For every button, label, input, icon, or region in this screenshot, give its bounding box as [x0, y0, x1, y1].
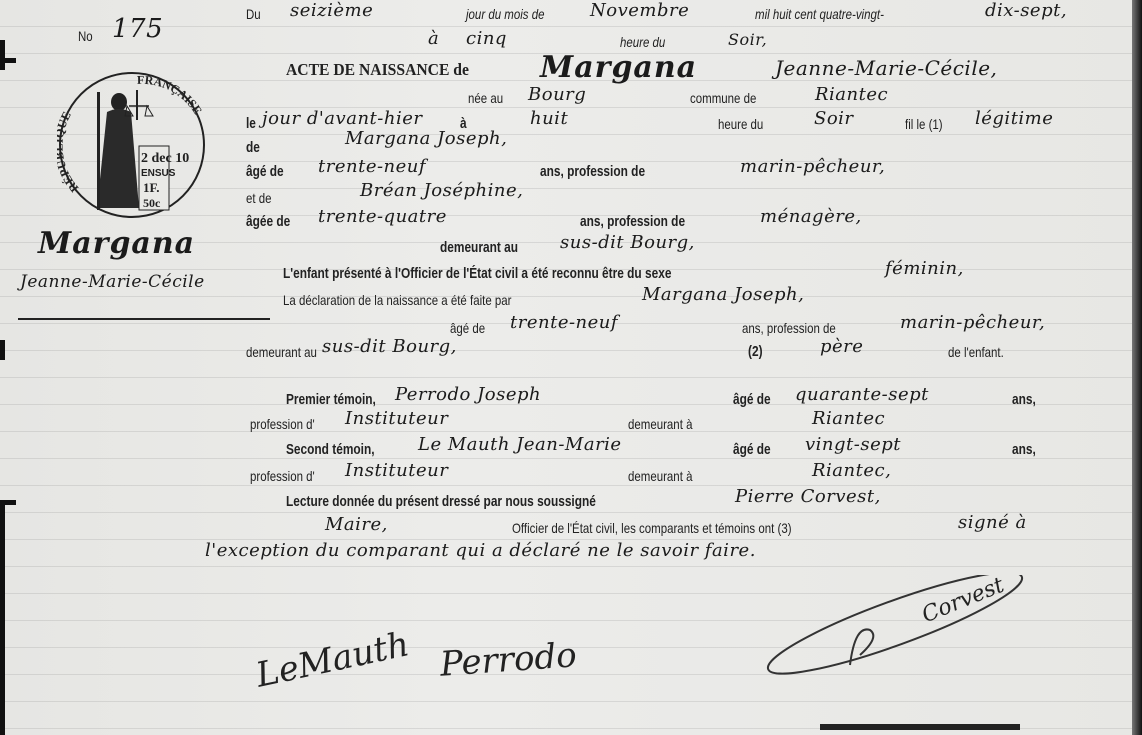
- signature-perrodo: Perrodo: [439, 635, 578, 684]
- text-age-de3: âgé de: [733, 392, 771, 408]
- text-profession-d: profession d': [250, 416, 315, 432]
- text-heure-du: heure du: [620, 34, 665, 50]
- text-year-printed: mil huit cent quatre-vingt-: [755, 6, 884, 22]
- residence-hand: sus-dit Bourg,: [560, 232, 695, 253]
- text-jour-du-mois: jour du mois de: [466, 6, 544, 22]
- seal-tax-line2: ENSUS: [141, 168, 176, 179]
- father-name: Margana Joseph,: [345, 128, 507, 149]
- mother-age: trente-quatre: [318, 206, 447, 227]
- witness1-name: Perrodo Joseph: [395, 384, 541, 405]
- text-ans2: ans,: [1012, 442, 1036, 458]
- binding-mark: [0, 58, 16, 63]
- text-profession3: ans, profession de: [742, 320, 836, 336]
- mother-profession: ménagère,: [760, 206, 862, 227]
- month-hand: Novembre: [590, 0, 689, 21]
- child-surname: Margana: [540, 50, 697, 85]
- text-du: Du: [246, 6, 261, 22]
- declarant-age: trente-neuf: [510, 312, 618, 333]
- fiscal-stamp-seal-icon: RÉPUBLIQUE FRANÇAISE 2 dec 10 ENSUS 1F. …: [57, 70, 207, 220]
- text-demeurant2: demeurant au: [246, 344, 317, 360]
- commune-hand: Riantec: [815, 84, 888, 105]
- officer-name: Pierre Corvest,: [735, 486, 881, 507]
- signed-hand: signé à: [958, 512, 1027, 533]
- text-declaration: La déclaration de la naissance a été fai…: [283, 292, 511, 308]
- text-agee-de: âgée de: [246, 214, 290, 230]
- text-heure-du2: heure du: [718, 116, 763, 132]
- svg-text:FRANÇAISE: FRANÇAISE: [137, 73, 205, 117]
- period-hand: Soir,: [728, 30, 767, 49]
- binding-mark: [0, 500, 16, 505]
- birth-place: Bourg: [528, 84, 586, 105]
- text-lecture: Lecture donnée du présent dressé par nou…: [286, 494, 596, 510]
- witness2-age: vingt-sept: [805, 434, 901, 455]
- text-officier-sentence: Officier de l'État civil, les comparants…: [512, 520, 792, 536]
- binding-mark: [0, 500, 5, 735]
- text-profession2: ans, profession de: [580, 214, 685, 230]
- binding-mark: [0, 40, 5, 70]
- seal-text-right: FRANÇAISE: [137, 73, 205, 117]
- text-ans: ans,: [1012, 392, 1036, 408]
- witness1-profession: Instituteur: [345, 408, 448, 429]
- seal-tax-line1: 2 dec 10: [141, 151, 189, 166]
- hour-hand: cinq: [466, 28, 507, 49]
- day-hand: seizième: [290, 0, 373, 21]
- bottom-rule: [820, 724, 1020, 730]
- margin-surname: Margana: [38, 226, 195, 261]
- text-profession-d2: profession d': [250, 468, 315, 484]
- text-age-de4: âgé de: [733, 442, 771, 458]
- year-hand: dix-sept,: [985, 0, 1067, 21]
- text-demeurant-a: demeurant à: [628, 416, 692, 432]
- page-edge-shadow: [1132, 0, 1142, 735]
- text-a: à: [428, 28, 439, 49]
- binding-mark: [0, 340, 5, 360]
- declarant-name: Margana Joseph,: [642, 284, 804, 305]
- svg-text:RÉPUBLIQUE: RÉPUBLIQUE: [57, 109, 81, 195]
- declarant-residence: sus-dit Bourg,: [322, 336, 457, 357]
- birth-day-hand: jour d'avant-hier: [262, 108, 422, 129]
- mother-name: Bréan Joséphine,: [360, 180, 523, 201]
- text-age-de: âgé de: [246, 164, 284, 180]
- signature-lemauth: LeMauth: [253, 624, 413, 695]
- text-de-lenfant: de l'enfant.: [948, 344, 1004, 360]
- father-profession: marin-pêcheur,: [740, 156, 885, 177]
- text-age-de2: âgé de: [450, 320, 485, 336]
- margin-underline: [18, 318, 270, 320]
- witness2-profession: Instituteur: [345, 460, 448, 481]
- birth-period-hand: Soir: [814, 108, 854, 129]
- officer-title: Maire,: [325, 514, 388, 535]
- seal-text-left: RÉPUBLIQUE: [57, 109, 81, 195]
- legitimacy-hand: légitime: [975, 108, 1053, 129]
- seal-tax-line4: 50c: [143, 196, 161, 210]
- text-fils: fil le (1): [905, 116, 943, 132]
- exception-line: l'exception du comparant qui a déclaré n…: [205, 540, 756, 561]
- register-page: No 175 RÉPUBLIQUE FRANÇAISE 2 dec 10 ENS…: [0, 0, 1142, 735]
- text-sex-sentence: L'enfant présenté à l'Officier de l'État…: [283, 266, 671, 282]
- child-given-names: Jeanne-Marie-Cécile,: [775, 56, 997, 80]
- declarant-profession: marin-pêcheur,: [900, 312, 1045, 333]
- birth-hour-hand: huit: [530, 108, 568, 129]
- act-title: ACTE DE NAISSANCE de: [286, 60, 469, 80]
- text-demeurant-a2: demeurant à: [628, 468, 692, 484]
- text-demeurant: demeurant au: [440, 240, 518, 256]
- relation-hand: père: [820, 336, 863, 357]
- number-label: No: [78, 28, 93, 44]
- text-profession: ans, profession de: [540, 164, 645, 180]
- text-commune-de: commune de: [690, 90, 756, 106]
- text-nee-au: née au: [468, 90, 503, 106]
- text-note-2: (2): [748, 344, 763, 360]
- witness2-residence: Riantec,: [812, 460, 891, 481]
- text-le: le: [246, 116, 256, 132]
- text-et-de: et de: [246, 190, 272, 206]
- margin-given-names: Jeanne-Marie-Cécile: [20, 272, 205, 292]
- witness1-residence: Riantec: [812, 408, 885, 429]
- father-age: trente-neuf: [318, 156, 426, 177]
- sex-hand: féminin,: [885, 258, 964, 279]
- witness2-name: Le Mauth Jean-Marie: [418, 434, 622, 455]
- witness1-age: quarante-sept: [795, 384, 929, 405]
- text-premier-temoin: Premier témoin,: [286, 392, 376, 408]
- text-de: de: [246, 140, 260, 156]
- record-number: 175: [112, 14, 163, 44]
- text-second-temoin: Second témoin,: [286, 442, 375, 458]
- seal-tax-line3: 1F.: [143, 180, 160, 195]
